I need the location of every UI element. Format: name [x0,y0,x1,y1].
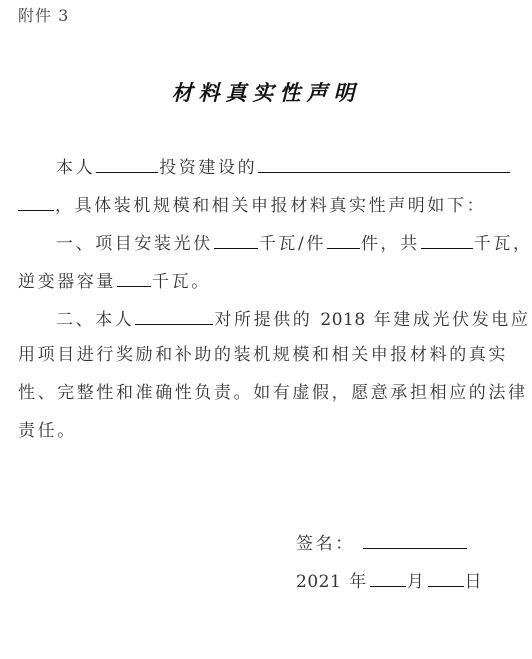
date-row: 2021 年月日 [296,569,484,592]
attachment-label: 附件 3 [18,6,69,26]
day-blank[interactable] [428,569,464,587]
paragraph-3-line-4: 责任。 [18,421,77,441]
provided-label: 对所提供的 [214,310,312,330]
paragraph-1-line-1: 本人投资建设的 [56,155,511,178]
document-title: 材料真实性声明 [0,80,532,106]
signature-row: 签名： [296,531,468,554]
sign-year: 2021 [296,572,341,592]
total-kw-blank[interactable] [421,231,473,249]
kw-per-unit-label: 千瓦/件 [259,234,326,254]
paragraph-2-line-2: 逆变器容量千瓦。 [18,269,211,292]
inverter-capacity-label: 逆变器容量 [18,272,116,292]
self-label-2: 二、本人 [56,310,134,330]
day-label: 日 [465,572,485,592]
declarant-name-blank[interactable] [135,307,213,325]
declaration-intro: ，具体装机规模和相关申报材料真实性声明如下： [55,196,486,216]
paragraph-3-line-3: 性、完整性和准确性负责。如有虚假，愿意承担相应的法律 [18,383,528,403]
paragraph-1-line-2: ，具体装机规模和相关申报材料真实性声明如下： [18,193,486,216]
inverter-capacity-blank[interactable] [117,269,151,287]
signature-label: 签名： [296,534,355,554]
month-label: 月 [407,572,427,592]
kw-per-unit-blank[interactable] [214,231,258,249]
paragraph-3-line-2: 用项目进行奖励和补助的装机规模和相关申报材料的真实 [18,345,508,365]
year-built-label: 年建成光伏发电应 [374,310,531,330]
month-blank[interactable] [370,569,406,587]
project-name-blank-continued[interactable] [18,193,54,211]
build-year: 2018 [320,310,365,330]
kw-label: 千瓦， [474,234,532,254]
signature-blank[interactable] [363,531,467,549]
project-name-blank[interactable] [258,155,510,173]
inverter-kw-label: 千瓦。 [152,272,211,292]
self-label: 本人 [56,158,95,178]
paragraph-3-line-1: 二、本人对所提供的 2018 年建成光伏发电应 [56,307,531,330]
paragraph-2-line-1: 一、项目安装光伏千瓦/件件，共千瓦， [56,231,532,254]
invest-build-label: 投资建设的 [159,158,257,178]
pv-install-label: 一、项目安装光伏 [56,234,213,254]
investor-name-blank[interactable] [96,155,158,173]
unit-total-label: 件，共 [361,234,420,254]
year-label: 年 [349,572,369,592]
unit-count-blank[interactable] [327,231,360,249]
